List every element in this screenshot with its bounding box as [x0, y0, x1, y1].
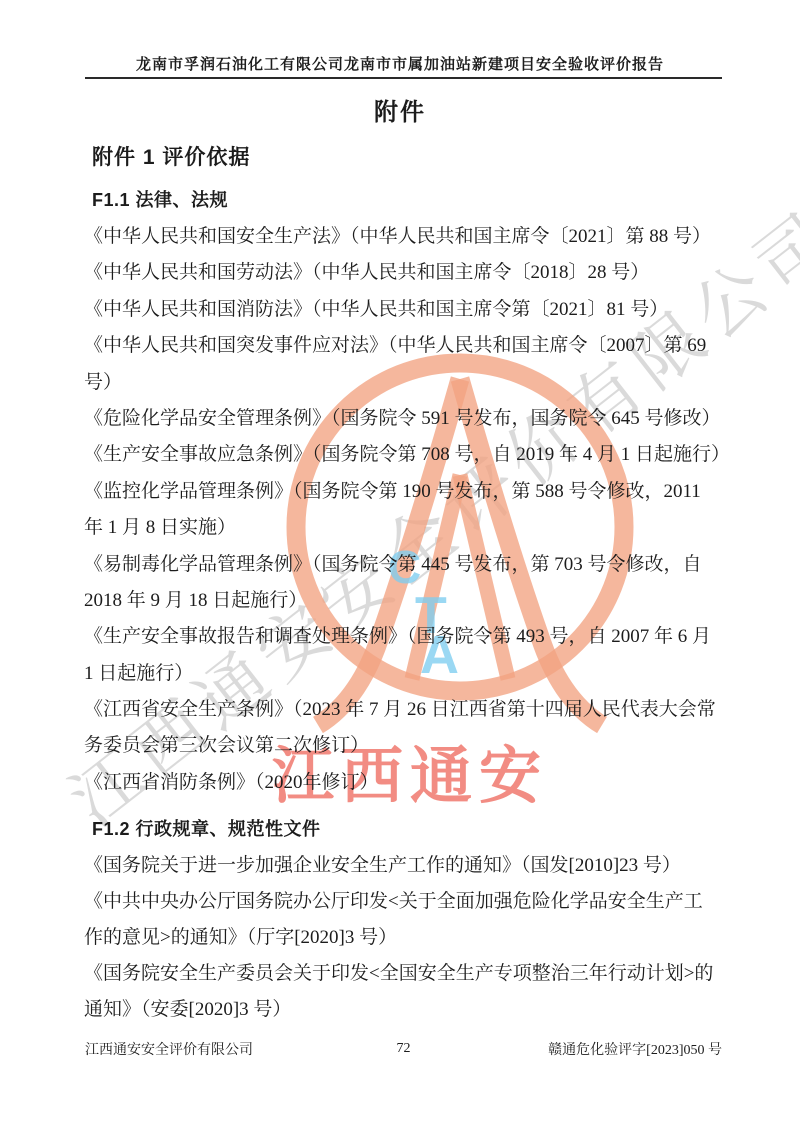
text-line: 《生产安全事故应急条例》（国务院令第 708 号，自 2019 年 4 月 1 …	[84, 437, 764, 473]
section-f11-heading: F1.1 法律、法规	[92, 186, 228, 212]
footer-doc-number: 赣通危化验评字[2023]050 号	[548, 1039, 722, 1059]
text-line: 《国务院安全生产委员会关于印发<全国安全生产专项整治三年行动计划>的	[84, 956, 764, 992]
text-line: 《中华人民共和国突发事件应对法》（中华人民共和国主席令〔2007〕第 69	[84, 328, 764, 364]
header-divider	[85, 77, 722, 79]
text-line: 务委员会第三次会议第二次修订）	[84, 728, 764, 764]
section-f12-body: 《国务院关于进一步加强企业安全生产工作的通知》（国发[2010]23 号）《中共…	[84, 848, 764, 1028]
text-line: 通知》（安委[2020]3 号）	[84, 992, 764, 1028]
text-line: 《生产安全事故报告和调查处理条例》（国务院令第 493 号，自 2007 年 6…	[84, 619, 764, 655]
document-page: 江西通安安全评价有限公司 C T A 江西通安 龙南市孚润石油化工有限公司龙南市…	[0, 0, 800, 1131]
content-layer: 龙南市孚润石油化工有限公司龙南市市属加油站新建项目安全验收评价报告 附件 附件 …	[0, 0, 800, 1131]
section-f12-heading: F1.2 行政规章、规范性文件	[92, 815, 321, 841]
text-line: 《中华人民共和国劳动法》（中华人民共和国主席令〔2018〕28 号）	[84, 255, 764, 291]
text-line: 年 1 月 8 日实施）	[84, 510, 764, 546]
document-title: 附件	[0, 92, 800, 127]
section-f11-body: 《中华人民共和国安全生产法》（中华人民共和国主席令〔2021〕第 88 号）《中…	[84, 219, 764, 801]
text-line: 《危险化学品安全管理条例》（国务院令 591 号发布，国务院令 645 号修改）	[84, 401, 764, 437]
text-line: 《江西省安全生产条例》（2023 年 7 月 26 日江西省第十四届人民代表大会…	[84, 692, 764, 728]
attachment-heading: 附件 1 评价依据	[92, 141, 250, 171]
text-line: 1 日起施行）	[84, 656, 764, 692]
text-line: 2018 年 9 月 18 日起施行）	[84, 583, 764, 619]
text-line: 《中华人民共和国安全生产法》（中华人民共和国主席令〔2021〕第 88 号）	[84, 219, 764, 255]
text-line: 作的意见>的通知》（厅字[2020]3 号）	[84, 920, 764, 956]
text-line: 《监控化学品管理条例》（国务院令第 190 号发布，第 588 号令修改，201…	[84, 474, 764, 510]
text-line: 号）	[84, 365, 764, 401]
text-line: 《易制毒化学品管理条例》（国务院令第 445 号发布，第 703 号令修改，自	[84, 547, 764, 583]
text-line: 《中华人民共和国消防法》（中华人民共和国主席令第〔2021〕81 号）	[84, 292, 764, 328]
text-line: 《中共中央办公厅国务院办公厅印发<关于全面加强危险化学品安全生产工	[84, 884, 764, 920]
text-line: 《江西省消防条例》（2020年修订）	[84, 765, 764, 801]
text-line: 《国务院关于进一步加强企业安全生产工作的通知》（国发[2010]23 号）	[84, 848, 764, 884]
page-header-title: 龙南市孚润石油化工有限公司龙南市市属加油站新建项目安全验收评价报告	[0, 53, 800, 74]
